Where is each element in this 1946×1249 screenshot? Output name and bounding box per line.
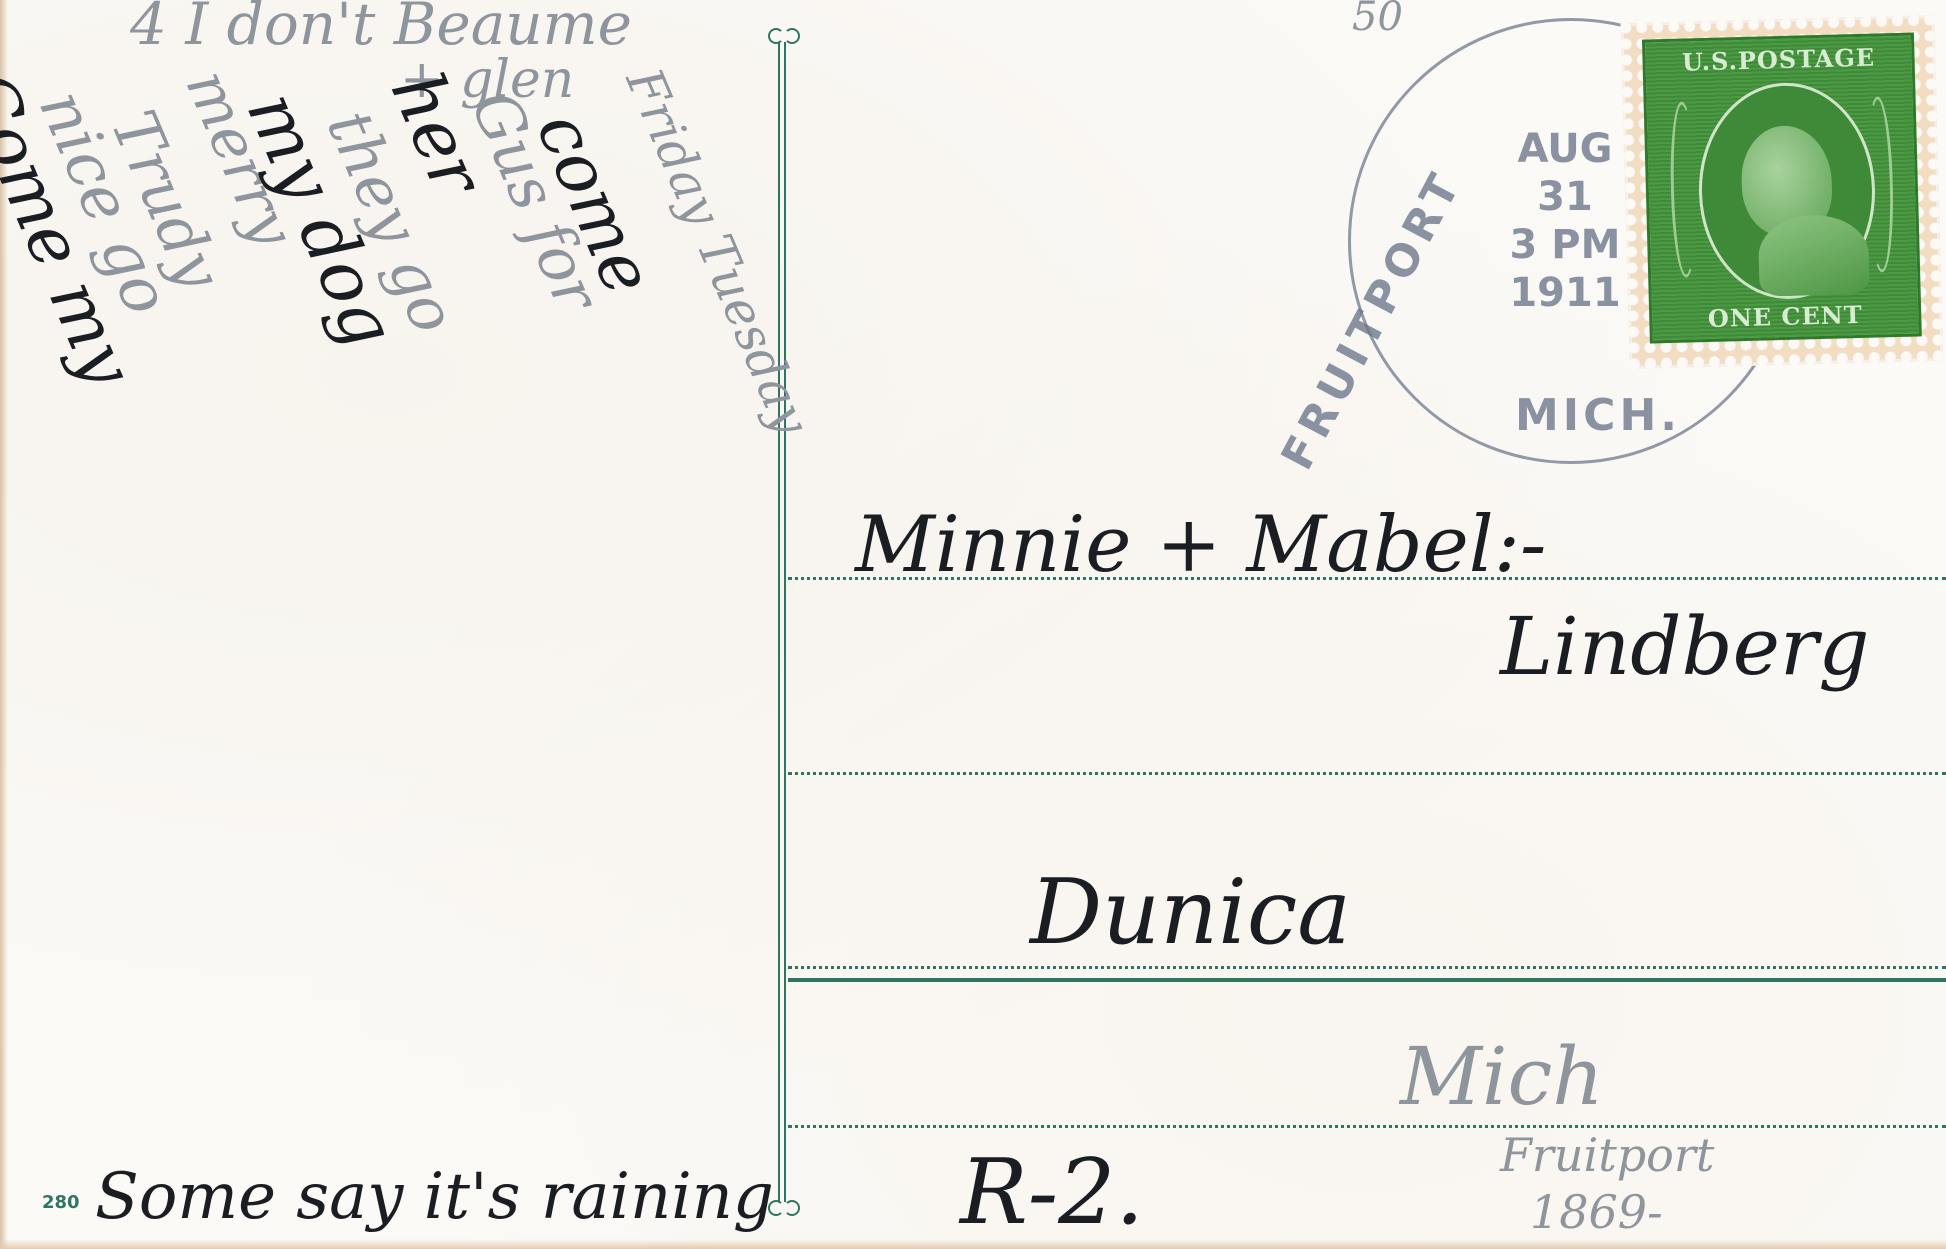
stamp-bottom-label: ONE CENT bbox=[1652, 298, 1919, 334]
postmark-time: 3 PM bbox=[1505, 221, 1625, 269]
address-line-3 bbox=[788, 966, 1946, 969]
corner-note: 50 bbox=[1352, 0, 1403, 40]
card-number: 280 bbox=[42, 1192, 80, 1213]
archival-note-town: Fruitport bbox=[1500, 1128, 1714, 1182]
address-line-4 bbox=[788, 1125, 1946, 1128]
divider-curl-icon bbox=[784, 28, 800, 44]
postmark-month: AUG bbox=[1505, 125, 1625, 173]
postmark-day: 31 bbox=[1505, 173, 1625, 221]
postmark-date: AUG 31 3 PM 1911 bbox=[1505, 125, 1625, 317]
address-town: Dunica bbox=[1030, 860, 1351, 965]
message-bottom-line: Some say it's raining bbox=[95, 1160, 774, 1234]
stamp-portrait bbox=[1696, 81, 1878, 302]
divider-curl-icon bbox=[768, 28, 784, 44]
stamp-top-label: U.S.POSTAGE bbox=[1645, 42, 1912, 78]
address-route: R-2. bbox=[960, 1140, 1144, 1245]
address-recipient: Minnie + Mabel:- bbox=[855, 500, 1546, 590]
archival-note-year: 1869- bbox=[1530, 1185, 1663, 1239]
portrait-body-icon bbox=[1758, 214, 1870, 297]
postage-stamp: U.S.POSTAGE ONE CENT bbox=[1624, 18, 1941, 366]
center-divider bbox=[776, 32, 788, 1212]
postmark-year: 1911 bbox=[1505, 269, 1625, 317]
address-line-2 bbox=[788, 772, 1946, 775]
address-state: Mich bbox=[1400, 1030, 1604, 1123]
postmark-state: MICH. bbox=[1515, 390, 1681, 441]
divider-curl-icon bbox=[784, 1200, 800, 1216]
address-surname: Lindberg bbox=[1500, 600, 1869, 693]
address-rule bbox=[788, 978, 1946, 982]
laurel-icon bbox=[1669, 101, 1700, 278]
postcard-back: FRUITPORT AUG 31 3 PM 1911 MICH. U.S.POS… bbox=[0, 0, 1946, 1249]
